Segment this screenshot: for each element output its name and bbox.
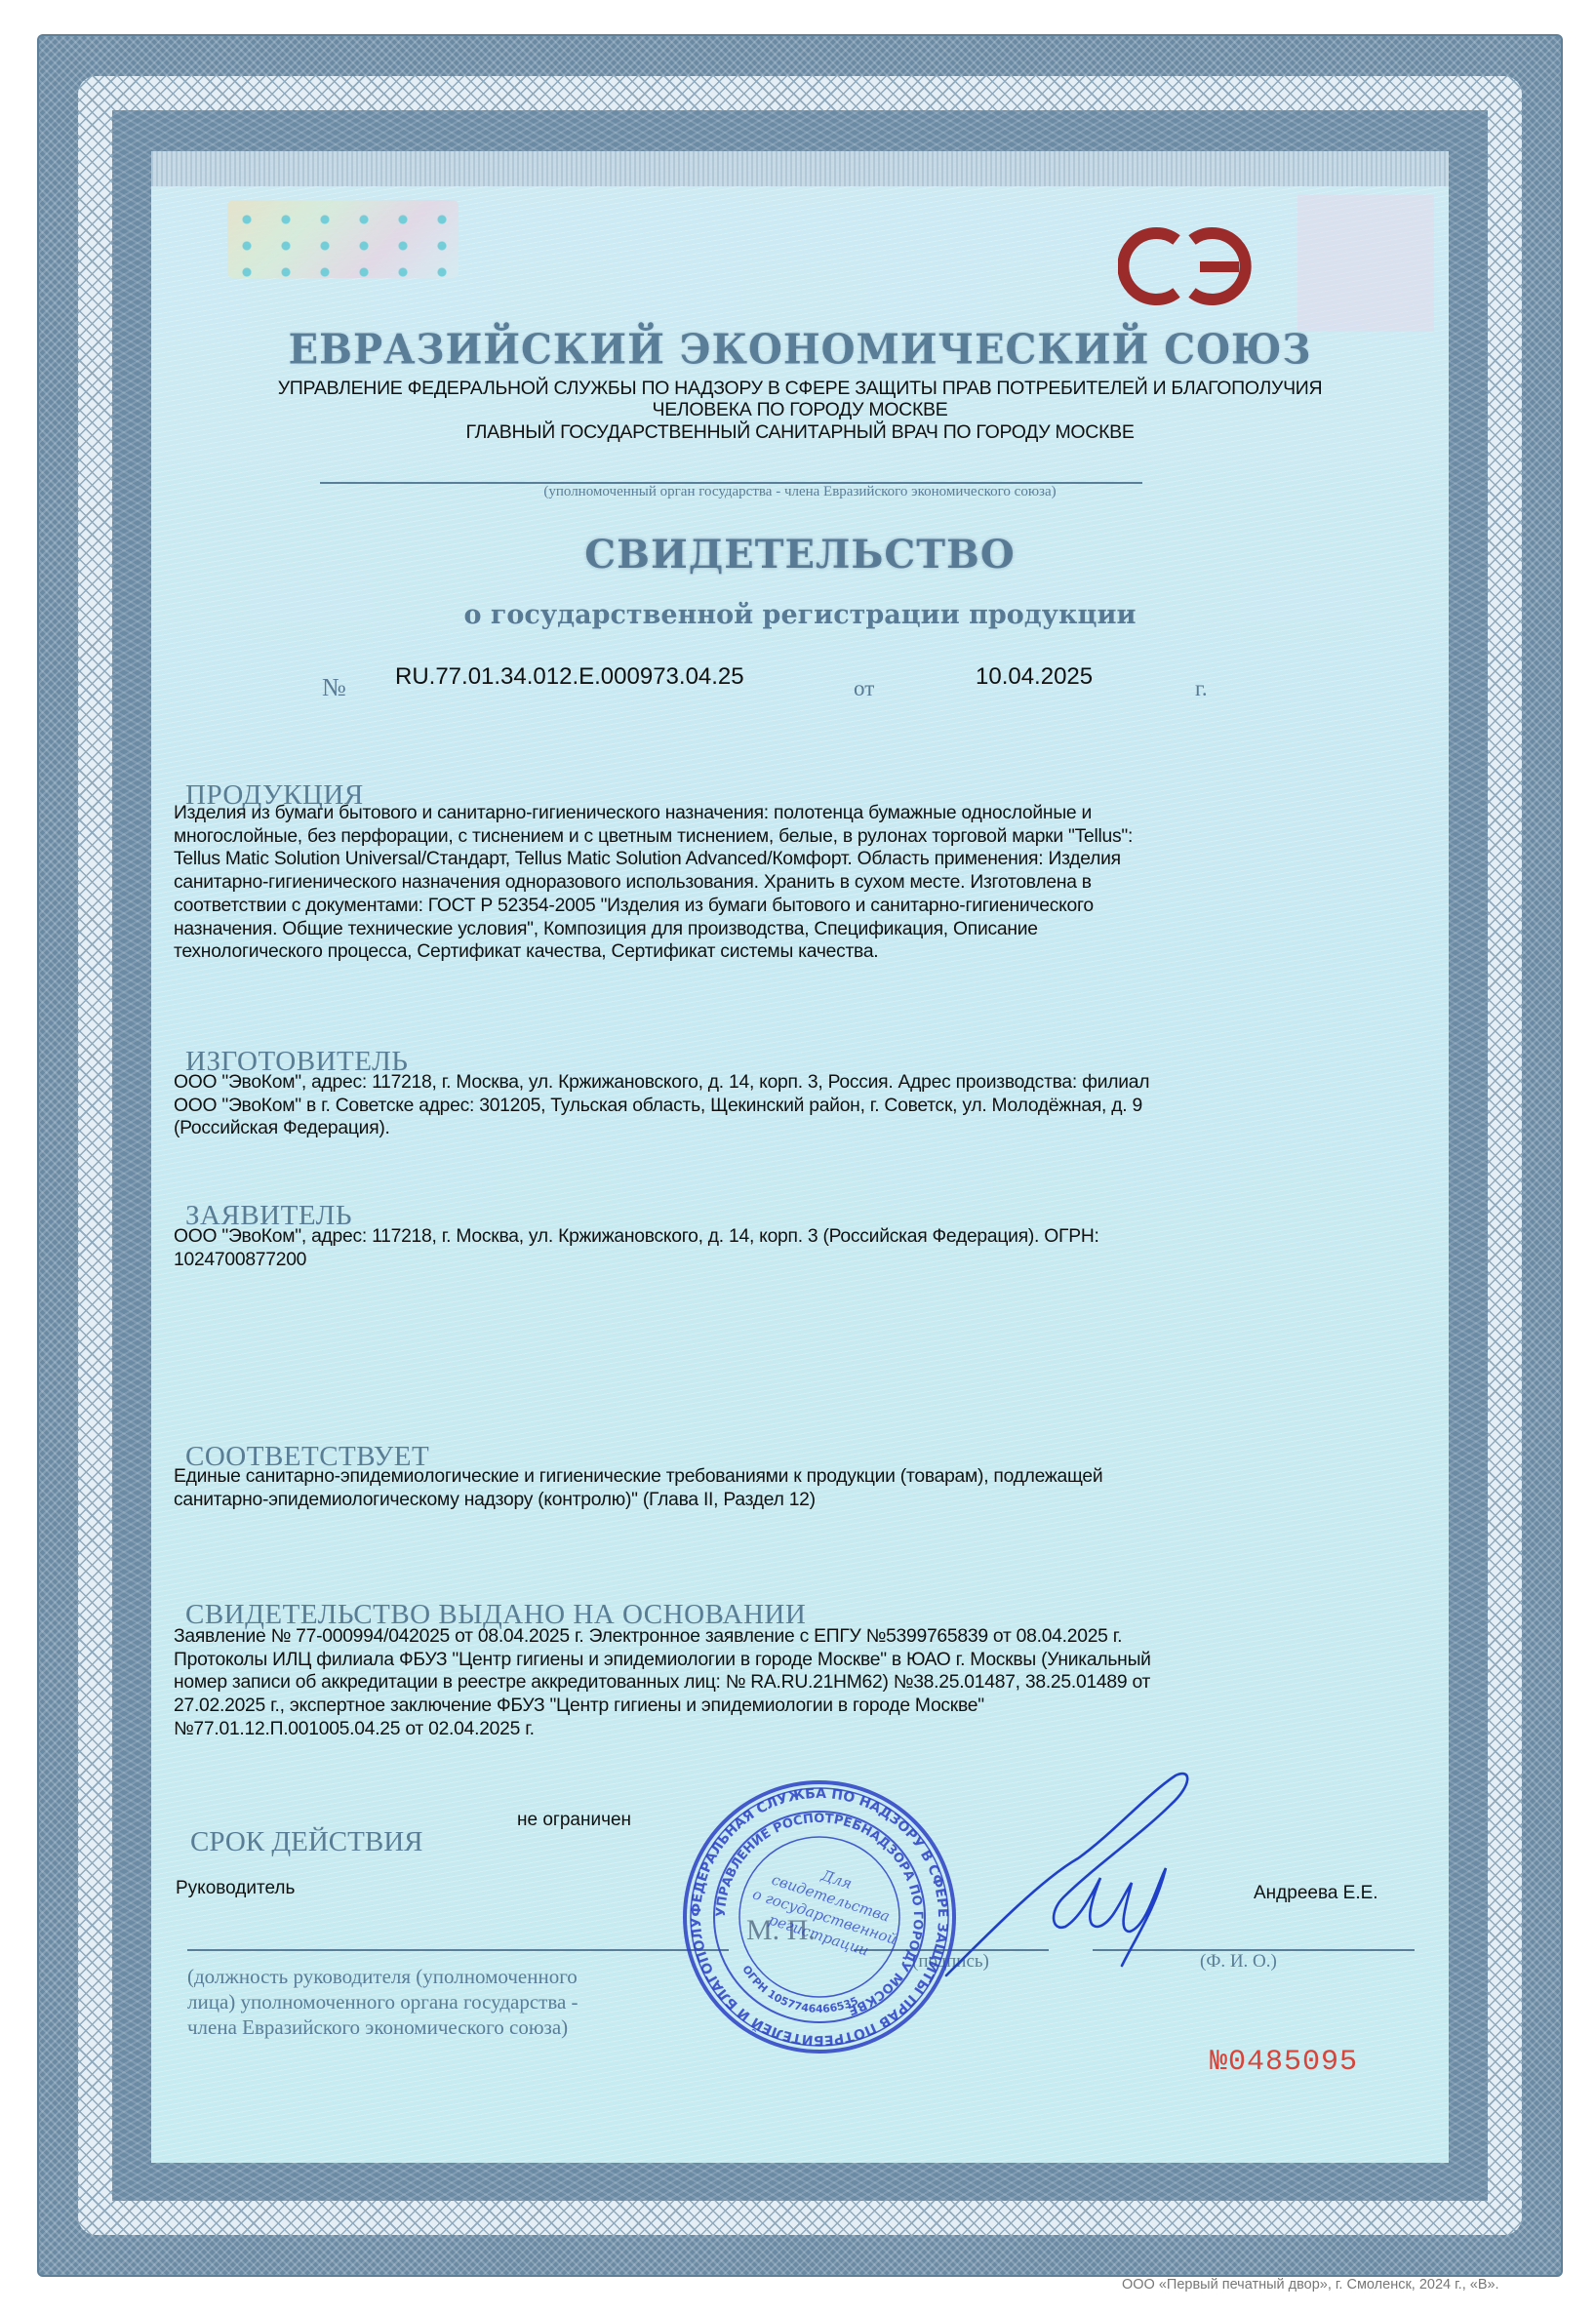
text-line: члена Евразийского экономического союза) [187,2014,753,2040]
authority-caption: (уполномоченный орган государства - член… [151,484,1449,500]
head-name: Андреева Е.Е. [1254,1883,1378,1904]
text-line: санитарно-эпидемиологическому надзору (к… [174,1489,1432,1512]
text-line: Tellus Matic Solution Universal/Стандарт… [174,848,1432,871]
text-line: Изделия из бумаги бытового и санитарно-г… [174,802,1432,825]
text-line: (должность руководителя (уполномоченного [187,1964,753,1989]
registration-number: RU.77.01.34.012.E.000973.04.25 [395,663,744,691]
from-label: от [854,676,874,701]
text-line: назначения. Общие технические условия", … [174,918,1432,941]
authority-line: ГЛАВНЫЙ ГОСУДАРСТВЕННЫЙ САНИТАРНЫЙ ВРАЧ … [151,421,1449,443]
text-line: Заявление № 77-000994/042025 от 08.04.20… [174,1625,1432,1649]
printer-imprint: ООО «Первый печатный двор», г. Смоленск,… [1122,2277,1499,2293]
document-subtitle: о государственной регистрации продукции [151,600,1449,630]
section-body-product: Изделия из бумаги бытового и санитарно-г… [174,802,1432,964]
text-line: многослойные, без перфорации, с тиснение… [174,825,1432,849]
head-label: Руководитель [176,1878,295,1899]
text-line: соответствии с документами: ГОСТ Р 52354… [174,895,1432,918]
section-body-conforms: Единые санитарно-эпидемиологические и ги… [174,1465,1432,1511]
text-line: ООО "ЭвоКом", адрес: 117218, г. Москва, … [174,1071,1432,1095]
stamp-ogrn-text: ОГРН 1057746466535 [739,1963,859,2015]
text-line: ООО "ЭвоКом", адрес: 117218, г. Москва, … [174,1225,1432,1249]
svg-text:ОГРН 1057746466535: ОГРН 1057746466535 [739,1963,859,2015]
handwritten-signature [937,1771,1200,1980]
text-line: номер записи об аккредитации в реестре а… [174,1671,1432,1695]
year-suffix: г. [1195,676,1208,701]
position-line [187,1949,729,1951]
position-caption: (должность руководителя (уполномоченного… [187,1964,753,2040]
security-strip [151,151,1449,186]
official-seal-stamp: ФЕДЕРАЛЬНАЯ СЛУЖБА ПО НАДЗОРУ В СФЕРЕ ЗА… [678,1775,961,2058]
text-line: Единые санитарно-эпидемиологические и ги… [174,1465,1432,1489]
section-body-applicant: ООО "ЭвоКом", адрес: 117218, г. Москва, … [174,1225,1432,1271]
text-line: №77.01.12.П.001005.04.25 от 02.04.2025 г… [174,1718,1432,1741]
authority-line: ЧЕЛОВЕКА ПО ГОРОДУ МОСКВЕ [151,399,1449,420]
text-line: ООО "ЭвоКом" в г. Советске адрес: 301205… [174,1095,1432,1118]
union-title: ЕВРАЗИЙСКИЙ ЭКОНОМИЧЕСКИЙ СОЮЗ [151,326,1449,374]
se-conformity-mark-icon [1118,222,1257,310]
text-line: санитарно-гигиенического назначения одно… [174,871,1432,895]
fio-caption: (Ф. И. О.) [1200,1951,1277,1973]
text-line: технологического процесса, Сертификат ка… [174,940,1432,964]
watermark-emblem [1297,195,1434,332]
blank-serial-number: №0485095 [1210,2046,1358,2079]
text-line: (Российская Федерация). [174,1117,1432,1140]
document-title: СВИДЕТЕЛЬСТВО [151,532,1449,578]
authority-line: УПРАВЛЕНИЕ ФЕДЕРАЛЬНОЙ СЛУЖБЫ ПО НАДЗОРУ… [151,378,1449,399]
section-body-basis: Заявление № 77-000994/042025 от 08.04.20… [174,1625,1432,1741]
validity-heading: СРОК ДЕЙСТВИЯ [190,1826,423,1858]
number-label: № [322,673,346,702]
registration-date: 10.04.2025 [976,663,1093,691]
text-line: 27.02.2025 г., экспертное заключение ФБУ… [174,1695,1432,1718]
hologram-sticker [227,200,459,278]
section-body-manufacturer: ООО "ЭвоКом", адрес: 117218, г. Москва, … [174,1071,1432,1140]
text-line: лица) уполномоченного органа государства… [187,1989,753,2014]
text-line: Протоколы ИЛЦ филиала ФБУЗ "Центр гигиен… [174,1649,1432,1672]
text-line: 1024700877200 [174,1249,1432,1272]
validity-value: не ограничен [517,1810,631,1831]
